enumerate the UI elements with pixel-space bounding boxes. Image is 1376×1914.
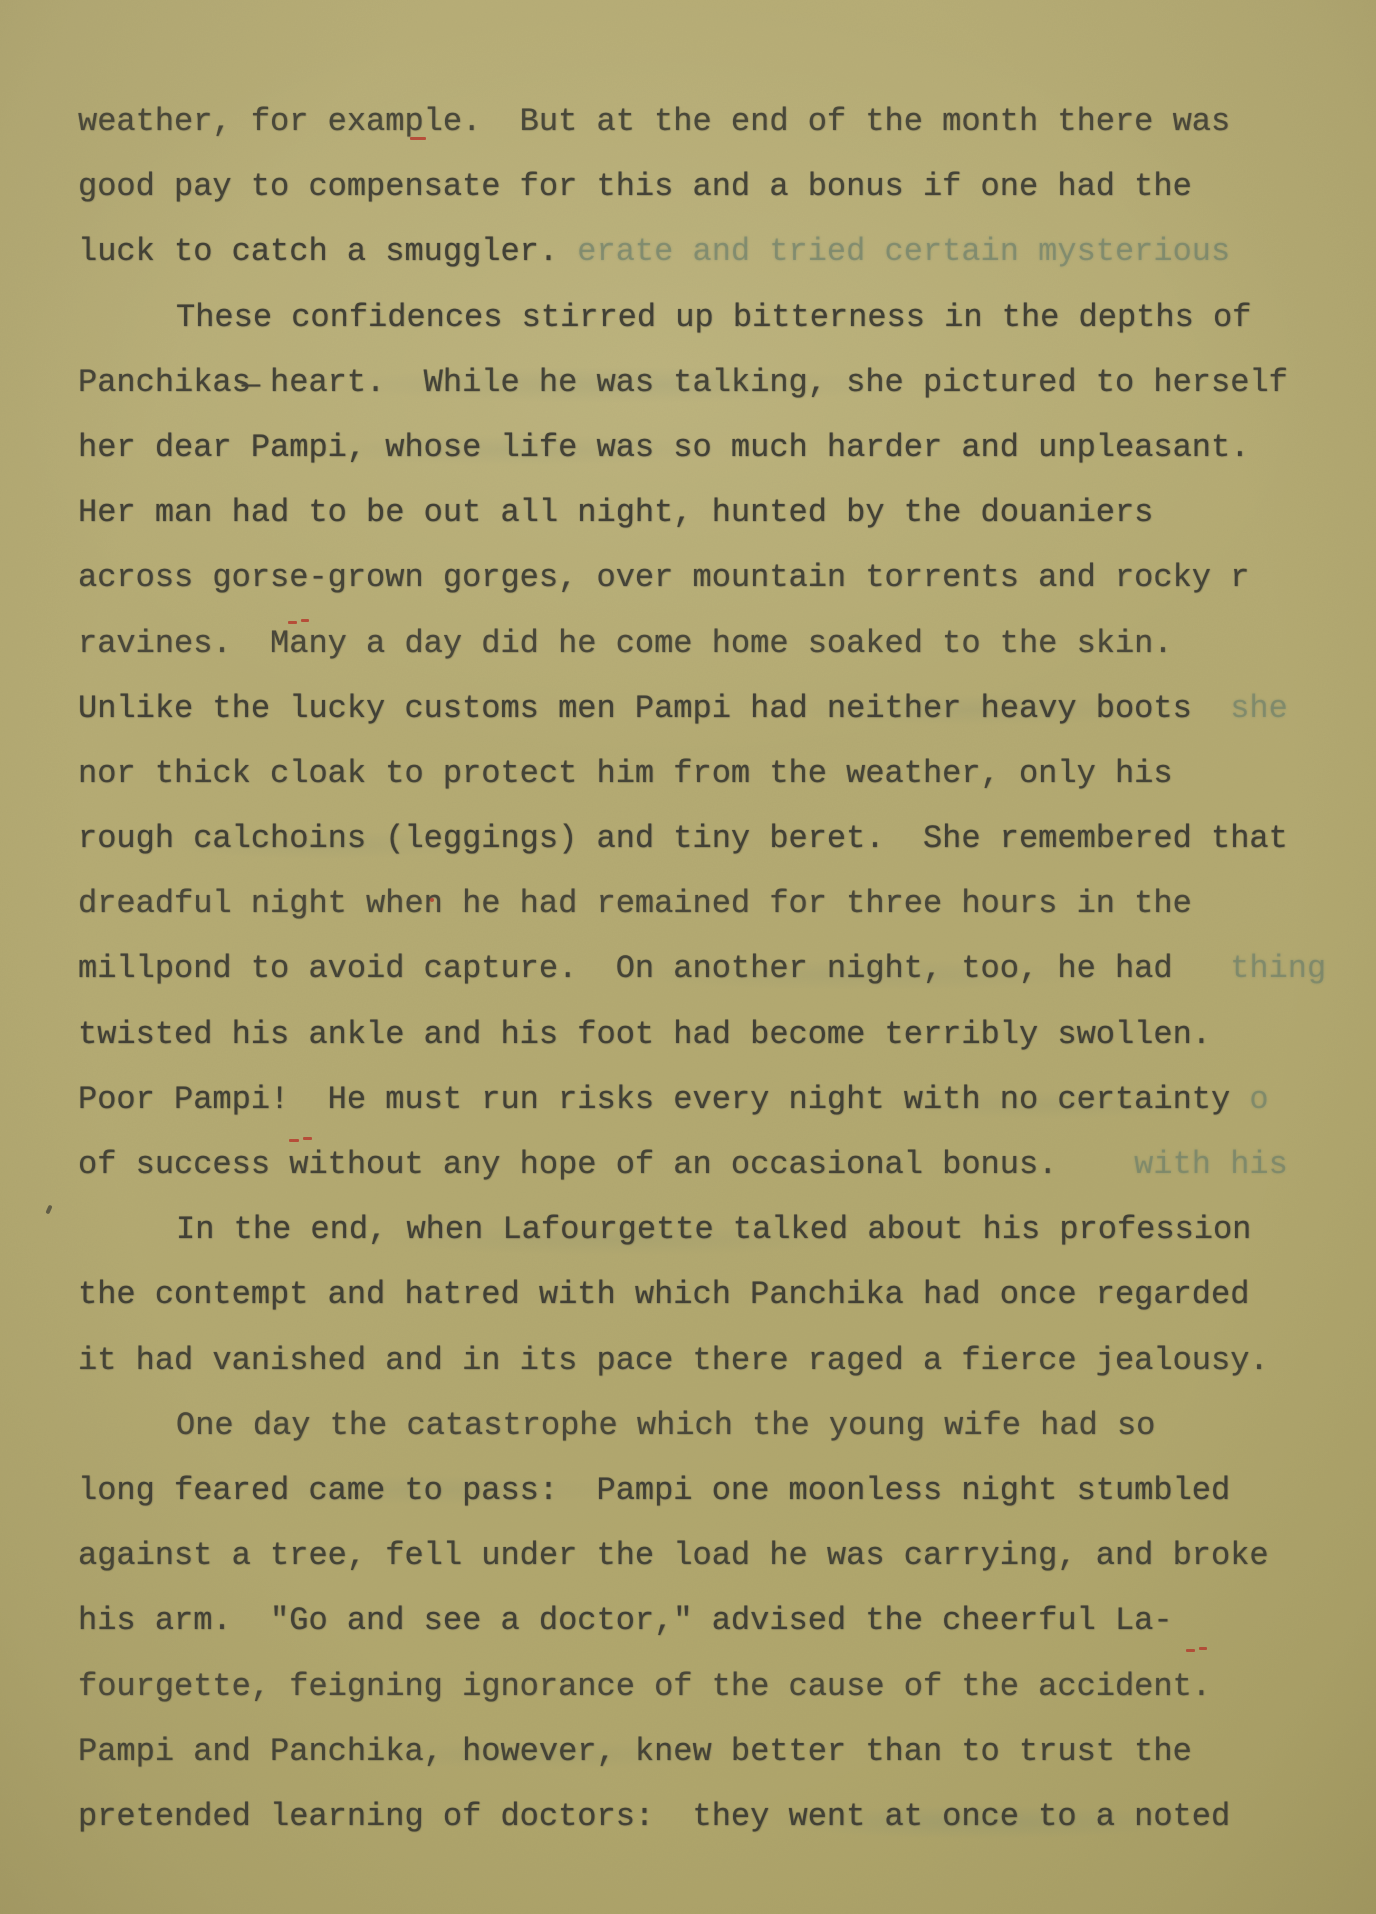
typed-line-text: long feared came to pass: Pampi one moon… xyxy=(78,1472,1230,1509)
typed-line-text: against a tree, fell under the load he w… xyxy=(78,1537,1269,1574)
typed-line-text: his arm. "Go and see a doctor," advised … xyxy=(78,1602,1173,1639)
red-ink-speck xyxy=(430,898,434,902)
text-line: rough calchoins (leggings) and tiny bere… xyxy=(78,806,1362,871)
typed-line-text: across gorse-grown gorges, over mountain… xyxy=(78,559,1249,596)
red-correction-mark xyxy=(1186,1649,1195,1652)
text-line: dreadful night when he had remained for … xyxy=(78,871,1362,936)
text-line: fourgette, feigning ignorance of the cau… xyxy=(78,1654,1362,1719)
typed-line-text: Her man had to be out all night, hunted … xyxy=(78,494,1153,531)
typed-line-text: her dear Pampi, whose life was so much h… xyxy=(78,429,1249,466)
red-correction-mark xyxy=(1199,1647,1207,1650)
text-line: weather, for example. But at the end of … xyxy=(78,89,1362,154)
typed-line-text: dreadful night when he had remained for … xyxy=(78,885,1192,922)
typed-line-text: good pay to compensate for this and a bo… xyxy=(78,168,1192,205)
text-line: ravines. Many a day did he come home soa… xyxy=(78,611,1362,676)
text-line: it had vanished and in its pace there ra… xyxy=(78,1328,1362,1393)
bleedthrough-ghost-text: she xyxy=(1192,690,1288,727)
text-line: These confidences stirred up bitterness … xyxy=(78,285,1362,350)
text-line: across gorse-grown gorges, over mountain… xyxy=(78,545,1362,610)
ink-fleck xyxy=(45,1205,52,1215)
typed-line-text: weather, for example. But at the end of … xyxy=(78,103,1230,140)
red-correction-mark xyxy=(288,621,297,624)
text-line: nor thick cloak to protect him from the … xyxy=(78,741,1362,806)
typescript-page: weather, for example. But at the end of … xyxy=(0,0,1376,1914)
bleedthrough-ghost-text: thing xyxy=(1173,950,1327,987)
text-line: In the end, when Lafourgette talked abou… xyxy=(78,1197,1362,1262)
typed-line-text: Pampi and Panchika, however, knew better… xyxy=(78,1733,1192,1770)
text-line: luck to catch a smuggler. erate and trie… xyxy=(78,219,1362,284)
red-correction-mark xyxy=(410,137,426,140)
text-line: Poor Pampi! He must run risks every nigh… xyxy=(78,1067,1362,1132)
typed-line-text: luck to catch a smuggler. xyxy=(78,233,558,270)
text-line: his arm. "Go and see a doctor," advised … xyxy=(78,1588,1362,1653)
bleedthrough-ghost-text: erate and tried certain mysterious xyxy=(558,233,1230,270)
text-line: good pay to compensate for this and a bo… xyxy=(78,154,1362,219)
typed-line-text: the contempt and hatred with which Panch… xyxy=(78,1276,1249,1313)
text-line: the contempt and hatred with which Panch… xyxy=(78,1262,1362,1327)
typed-line-text: In the end, when Lafourgette talked abou… xyxy=(176,1211,1251,1248)
red-correction-mark xyxy=(301,619,309,622)
text-line: millpond to avoid capture. On another ni… xyxy=(78,936,1362,1001)
text-line: twisted his ankle and his foot had becom… xyxy=(78,1002,1362,1067)
bleedthrough-ghost-text: o xyxy=(1230,1081,1268,1118)
typed-line-text: pretended learning of doctors: they went… xyxy=(78,1798,1230,1835)
typed-line-text: Panchikas̶ heart. While he was talking, … xyxy=(78,364,1288,401)
text-line: Her man had to be out all night, hunted … xyxy=(78,480,1362,545)
text-line: Pampi and Panchika, however, knew better… xyxy=(78,1719,1362,1784)
red-correction-mark xyxy=(289,1139,299,1142)
typed-line-text: fourgette, feigning ignorance of the cau… xyxy=(78,1668,1211,1705)
text-line: pretended learning of doctors: they went… xyxy=(78,1784,1362,1849)
typed-line-text: Poor Pampi! He must run risks every nigh… xyxy=(78,1081,1230,1118)
bleedthrough-ghost-text: with his xyxy=(1057,1146,1287,1183)
typed-line-text: of success without any hope of an occasi… xyxy=(78,1146,1057,1183)
typed-line-text: it had vanished and in its pace there ra… xyxy=(78,1342,1269,1379)
typed-line-text: Unlike the lucky customs men Pampi had n… xyxy=(78,690,1192,727)
text-line: of success without any hope of an occasi… xyxy=(78,1132,1362,1197)
typed-text-block: weather, for example. But at the end of … xyxy=(78,89,1362,1849)
text-line: long feared came to pass: Pampi one moon… xyxy=(78,1458,1362,1523)
typed-line-text: These confidences stirred up bitterness … xyxy=(176,299,1251,336)
text-line: Panchikas̶ heart. While he was talking, … xyxy=(78,350,1362,415)
red-correction-mark xyxy=(303,1137,312,1140)
text-line: against a tree, fell under the load he w… xyxy=(78,1523,1362,1588)
typed-line-text: One day the catastrophe which the young … xyxy=(176,1407,1155,1444)
typed-line-text: twisted his ankle and his foot had becom… xyxy=(78,1016,1211,1053)
text-line: One day the catastrophe which the young … xyxy=(78,1393,1362,1458)
text-line: her dear Pampi, whose life was so much h… xyxy=(78,415,1362,480)
typed-line-text: rough calchoins (leggings) and tiny bere… xyxy=(78,820,1288,857)
typed-line-text: nor thick cloak to protect him from the … xyxy=(78,755,1173,792)
text-line: Unlike the lucky customs men Pampi had n… xyxy=(78,676,1362,741)
typed-line-text: ravines. Many a day did he come home soa… xyxy=(78,625,1173,662)
typed-line-text: millpond to avoid capture. On another ni… xyxy=(78,950,1173,987)
